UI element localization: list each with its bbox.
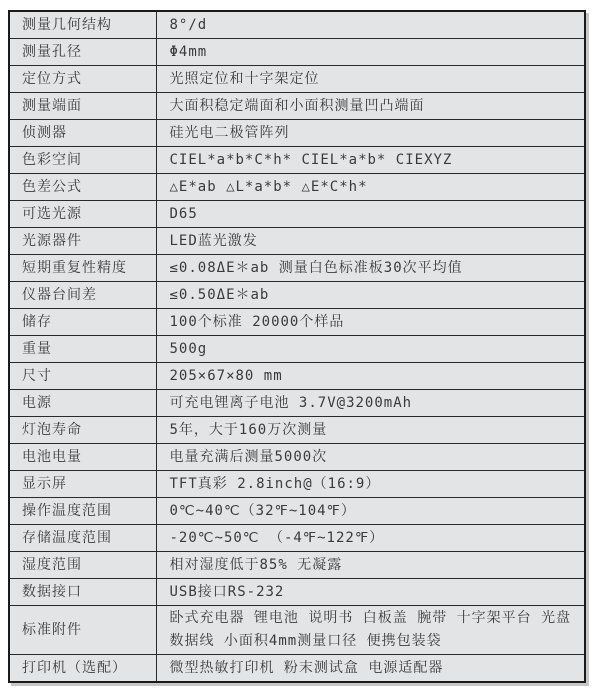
- spec-label: 尺寸: [9, 363, 156, 390]
- spec-label: 仪器台间差: [9, 282, 156, 309]
- spec-label: 重量: [9, 336, 156, 363]
- spec-value: 大面积稳定端面和小面积测量凹凸端面: [156, 93, 585, 120]
- spec-label: 测量几何结构: [9, 11, 156, 39]
- spec-value: 205×67×80 mm: [156, 363, 585, 390]
- spec-table-row: 测量端面 大面积稳定端面和小面积测量凹凸端面: [9, 93, 585, 120]
- spec-table: 测量几何结构 8°/d 测量孔径 Φ4mm 定位方式 光照定位和十字架定位 测量…: [8, 10, 586, 683]
- spec-label: 电池电量: [9, 444, 156, 471]
- spec-table-body: 测量几何结构 8°/d 测量孔径 Φ4mm 定位方式 光照定位和十字架定位 测量…: [9, 11, 585, 682]
- spec-table-row: 测量几何结构 8°/d: [9, 11, 585, 39]
- spec-value: 电量充满后测量5000次: [156, 444, 585, 471]
- spec-table-row: 打印机（选配） 微型热敏打印机 粉末测试盒 电源适配器: [9, 655, 585, 683]
- spec-label: 侦测器: [9, 120, 156, 147]
- spec-table-row: 操作温度范围 0℃~40℃（32℉~104℉）: [9, 498, 585, 525]
- spec-table-row: 仪器台间差 ≤0.50ΔE＊ab: [9, 282, 585, 309]
- spec-value: CIEL*a*b*C*h* CIEL*a*b* CIEXYZ: [156, 147, 585, 174]
- spec-table-row: 侦测器 硅光电二极管阵列: [9, 120, 585, 147]
- spec-value: LED蓝光激发: [156, 228, 585, 255]
- spec-table-row: 湿度范围 相对湿度低于85% 无凝露: [9, 552, 585, 579]
- spec-value: 光照定位和十字架定位: [156, 66, 585, 93]
- spec-label: 光源器件: [9, 228, 156, 255]
- spec-label: 色彩空间: [9, 147, 156, 174]
- spec-label: 显示屏: [9, 471, 156, 498]
- spec-value: -20℃~50℃ （-4℉~122℉）: [156, 525, 585, 552]
- spec-label: 短期重复性精度: [9, 255, 156, 282]
- spec-label: 测量端面: [9, 93, 156, 120]
- spec-table-row: 定位方式 光照定位和十字架定位: [9, 66, 585, 93]
- spec-value: △E*ab △L*a*b* △E*C*h*: [156, 174, 585, 201]
- spec-value: Φ4mm: [156, 39, 585, 66]
- spec-table-row: 测量孔径 Φ4mm: [9, 39, 585, 66]
- spec-value: USB接口RS-232: [156, 579, 585, 606]
- spec-value: TFT真彩 2.8inch@（16:9）: [156, 471, 585, 498]
- spec-table-row: 显示屏 TFT真彩 2.8inch@（16:9）: [9, 471, 585, 498]
- spec-table-row: 电池电量 电量充满后测量5000次: [9, 444, 585, 471]
- spec-label: 测量孔径: [9, 39, 156, 66]
- spec-table-row: 存储温度范围 -20℃~50℃ （-4℉~122℉）: [9, 525, 585, 552]
- spec-label: 存储温度范围: [9, 525, 156, 552]
- spec-label: 色差公式: [9, 174, 156, 201]
- spec-table-row: 尺寸 205×67×80 mm: [9, 363, 585, 390]
- spec-table-row: 重量 500g: [9, 336, 585, 363]
- spec-value: 微型热敏打印机 粉末测试盒 电源适配器: [156, 655, 585, 683]
- spec-label: 定位方式: [9, 66, 156, 93]
- spec-value: 5年，大于160万次测量: [156, 417, 585, 444]
- spec-sheet-page: 测量几何结构 8°/d 测量孔径 Φ4mm 定位方式 光照定位和十字架定位 测量…: [0, 0, 597, 690]
- spec-value: 8°/d: [156, 11, 585, 39]
- spec-label: 数据接口: [9, 579, 156, 606]
- spec-value: 可充电锂离子电池 3.7V@3200mAh: [156, 390, 585, 417]
- spec-table-row: 储存 100个标准 20000个样品: [9, 309, 585, 336]
- spec-table-row: 可选光源 D65: [9, 201, 585, 228]
- spec-table-row: 标准附件 卧式充电器 锂电池 说明书 白板盖 腕带 十字架平台 光盘 数据线 小…: [9, 606, 585, 655]
- spec-table-row: 色差公式 △E*ab △L*a*b* △E*C*h*: [9, 174, 585, 201]
- spec-table-row: 数据接口 USB接口RS-232: [9, 579, 585, 606]
- spec-label: 电源: [9, 390, 156, 417]
- spec-value: ≤0.08ΔE＊ab 测量白色标准板30次平均值: [156, 255, 585, 282]
- spec-table-row: 灯泡寿命 5年，大于160万次测量: [9, 417, 585, 444]
- spec-label: 储存: [9, 309, 156, 336]
- spec-label: 打印机（选配）: [9, 655, 156, 683]
- spec-value: 卧式充电器 锂电池 说明书 白板盖 腕带 十字架平台 光盘 数据线 小面积4mm…: [156, 606, 585, 655]
- spec-value: 相对湿度低于85% 无凝露: [156, 552, 585, 579]
- spec-value: ≤0.50ΔE＊ab: [156, 282, 585, 309]
- spec-label: 可选光源: [9, 201, 156, 228]
- spec-value: 0℃~40℃（32℉~104℉）: [156, 498, 585, 525]
- spec-table-row: 电源 可充电锂离子电池 3.7V@3200mAh: [9, 390, 585, 417]
- spec-label: 湿度范围: [9, 552, 156, 579]
- spec-value: 500g: [156, 336, 585, 363]
- spec-label: 标准附件: [9, 606, 156, 655]
- spec-table-row: 色彩空间 CIEL*a*b*C*h* CIEL*a*b* CIEXYZ: [9, 147, 585, 174]
- spec-value: 100个标准 20000个样品: [156, 309, 585, 336]
- spec-table-row: 光源器件 LED蓝光激发: [9, 228, 585, 255]
- spec-value: 硅光电二极管阵列: [156, 120, 585, 147]
- spec-label: 灯泡寿命: [9, 417, 156, 444]
- spec-label: 操作温度范围: [9, 498, 156, 525]
- spec-value: D65: [156, 201, 585, 228]
- spec-table-row: 短期重复性精度 ≤0.08ΔE＊ab 测量白色标准板30次平均值: [9, 255, 585, 282]
